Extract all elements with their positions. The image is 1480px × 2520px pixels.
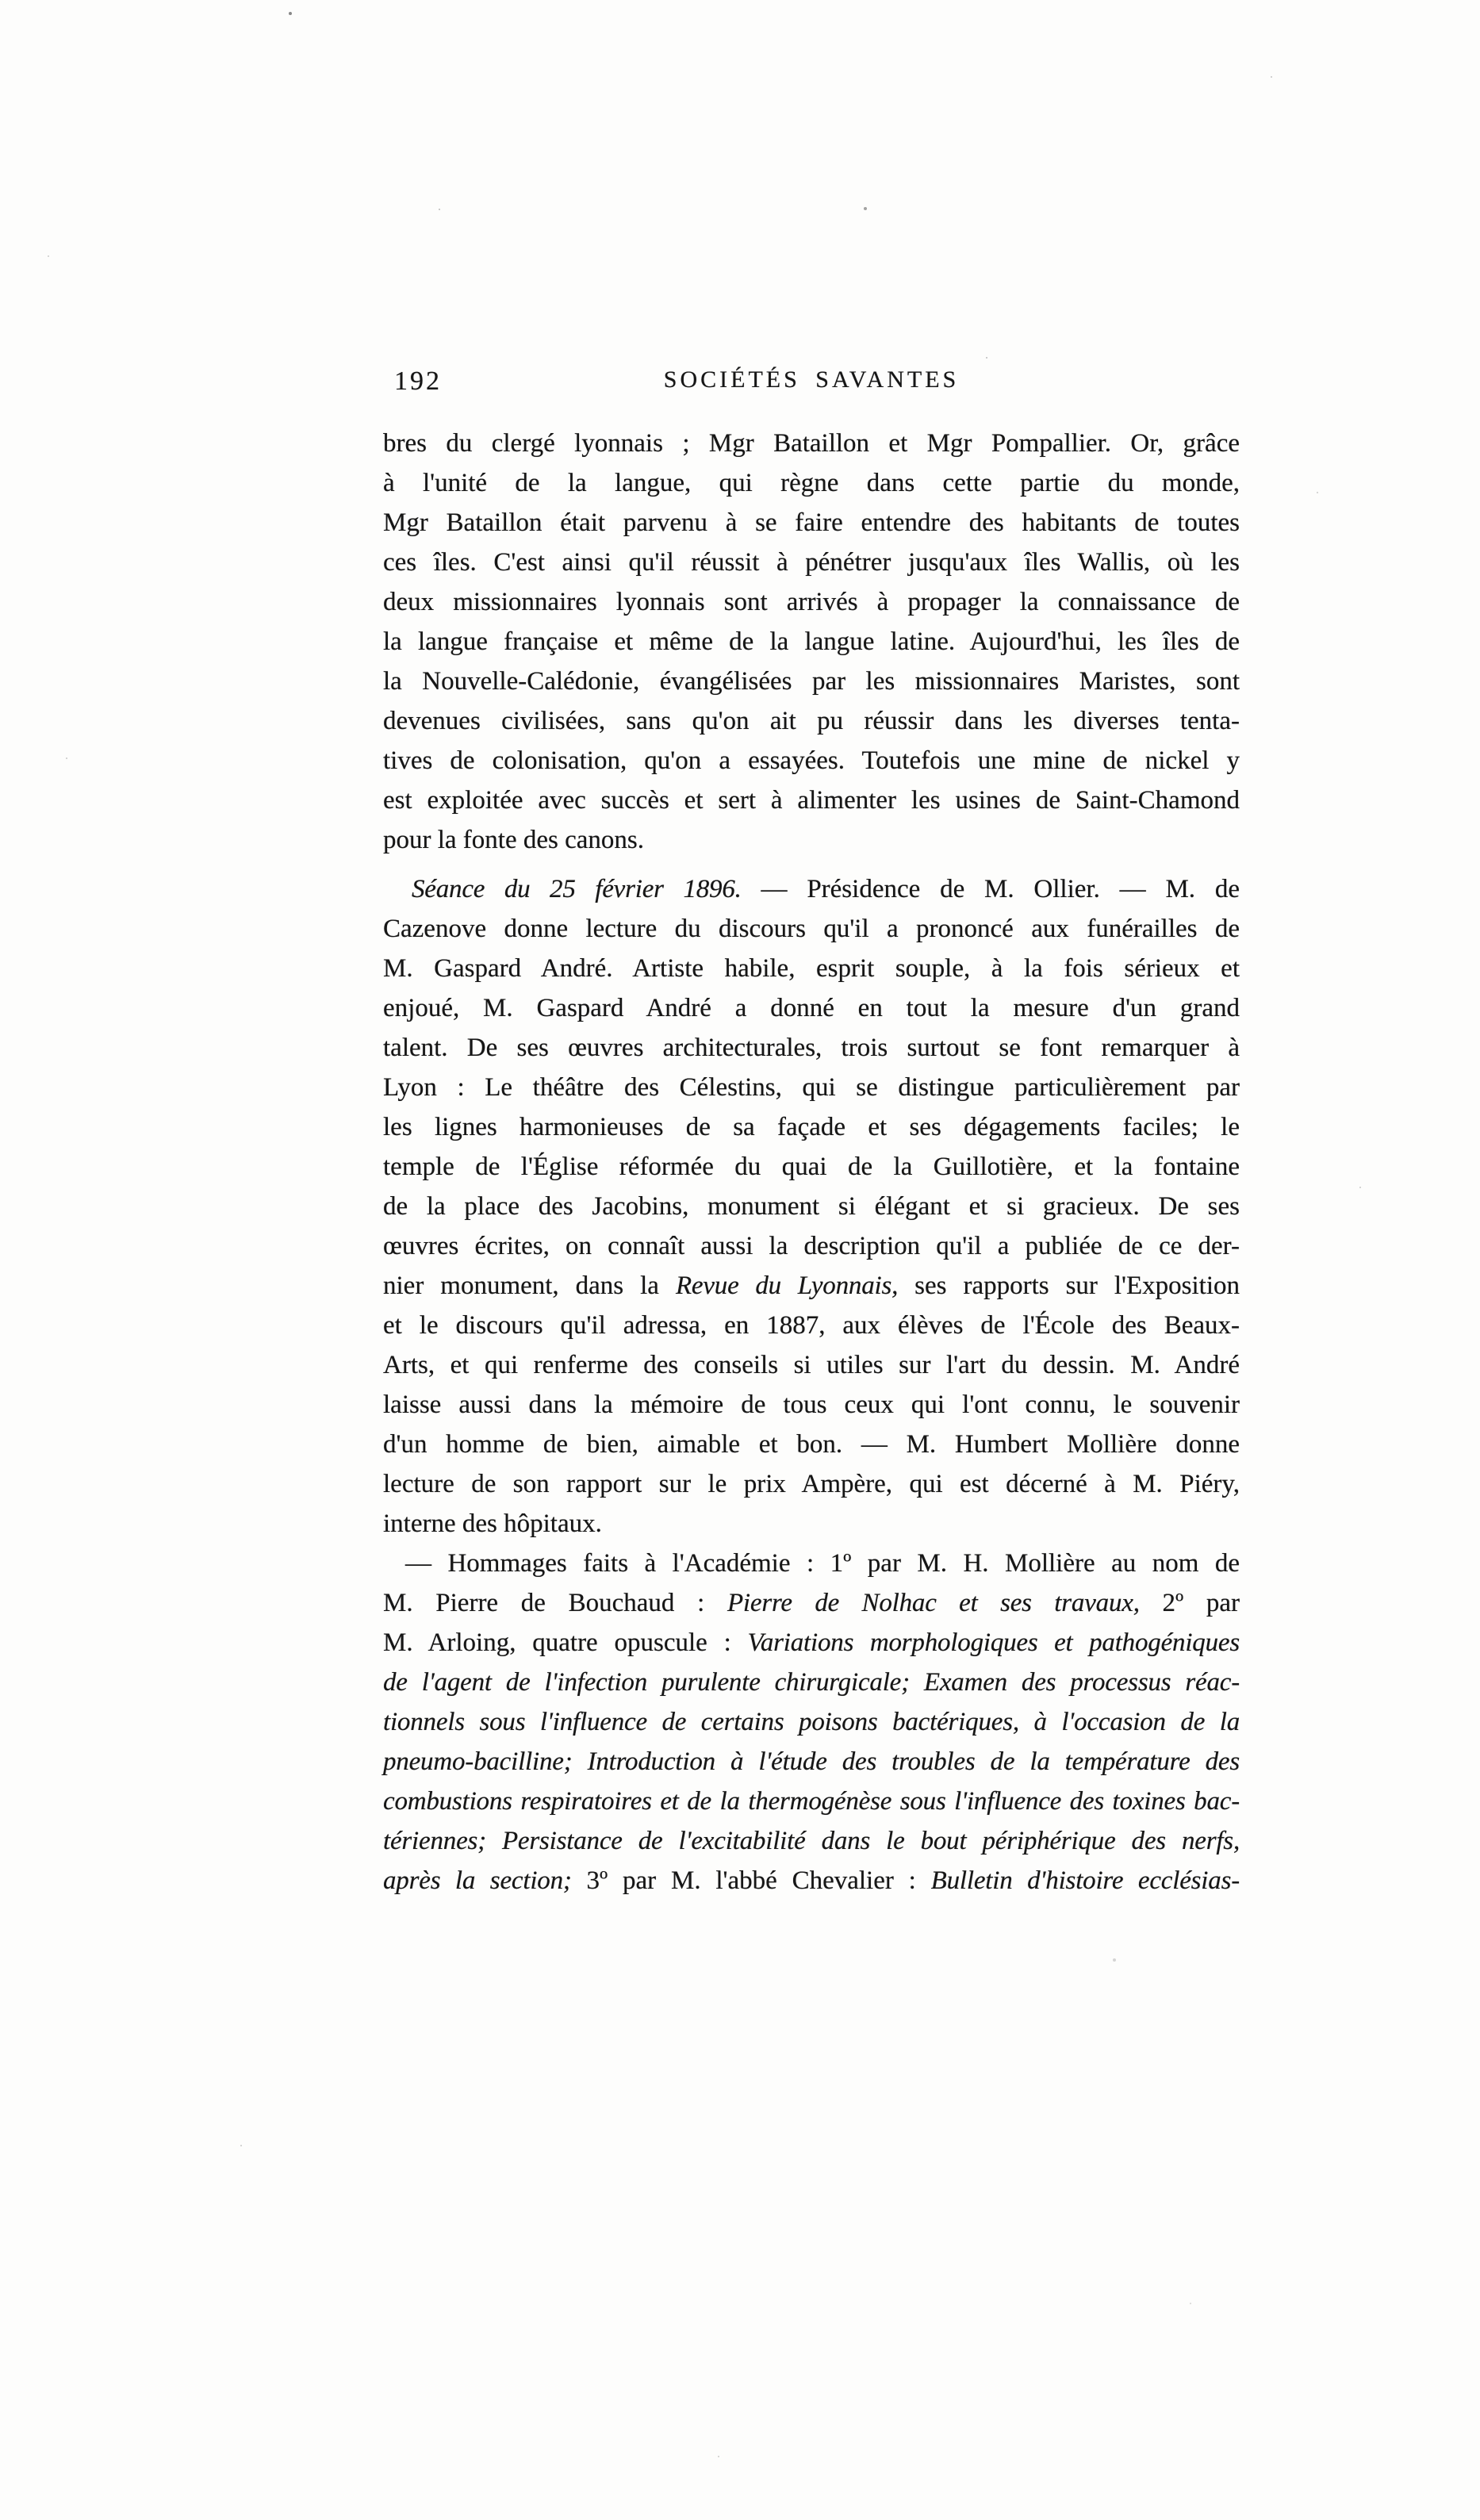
text-line: M. Arloing, quatre opuscule : Variations… — [383, 1623, 1240, 1663]
text-segment: 2º par — [1140, 1589, 1240, 1617]
text-segment: Séance du 25 février 1896. — [412, 875, 742, 903]
text-segment: d'un homme de bien, aimable et bon. — M.… — [383, 1430, 1240, 1459]
running-head-title: SOCIÉTÉS SAVANTES — [383, 366, 1240, 393]
text-line: M. Gaspard André. Artiste habile, esprit… — [383, 949, 1240, 988]
text-segment: temple de l'Église réformée du quai de l… — [383, 1153, 1240, 1181]
text-segment: de la place des Jacobins, monument si él… — [383, 1192, 1240, 1221]
text-segment: est exploitée avec succès et sert à alim… — [383, 786, 1240, 815]
text-line: à l'unité de la langue, qui règne dans c… — [383, 463, 1240, 503]
text-line: les lignes harmonieuses de sa façade et … — [383, 1107, 1240, 1147]
text-segment: Mgr Bataillon était parvenu à se faire e… — [383, 508, 1240, 537]
text-segment: à l'unité de la langue, qui règne dans c… — [383, 469, 1240, 497]
text-segment: ces îles. C'est ainsi qu'il réussit à pé… — [383, 548, 1240, 577]
text-line: M. Pierre de Bouchaud : Pierre de Nolhac… — [383, 1583, 1240, 1623]
text-segment: laisse aussi dans la mémoire de tous ceu… — [383, 1390, 1240, 1419]
text-line: après la section; 3º par M. l'abbé Cheva… — [383, 1861, 1240, 1901]
text-segment: M. Pierre de Bouchaud : — [383, 1589, 727, 1617]
text-segment: Lyon : Le théâtre des Célestins, qui se … — [383, 1073, 1240, 1102]
text-line: de l'agent de l'infection purulente chir… — [383, 1663, 1240, 1702]
text-line: pneumo-bacilline; Introduction à l'étude… — [383, 1742, 1240, 1782]
paragraph: — Hommages faits à l'Académie : 1º par M… — [383, 1544, 1240, 1901]
text-segment: enjoué, M. Gaspard André a donné en tout… — [383, 994, 1240, 1022]
text-line: enjoué, M. Gaspard André a donné en tout… — [383, 988, 1240, 1028]
text-line: ces îles. C'est ainsi qu'il réussit à pé… — [383, 543, 1240, 582]
text-segment: nier monument, dans la — [383, 1272, 676, 1300]
text-line: de la place des Jacobins, monument si él… — [383, 1187, 1240, 1226]
text-line: Séance du 25 février 1896. — Présidence … — [383, 869, 1240, 909]
text-segment: combustions respiratoires et de la therm… — [383, 1787, 1240, 1816]
text-segment: tives de colonisation, qu'on a essayées.… — [383, 746, 1240, 775]
text-segment: Pierre de Nolhac et ses travaux, — [727, 1589, 1140, 1617]
text-segment: devenues civilisées, sans qu'on ait pu r… — [383, 707, 1240, 735]
text-segment: pneumo-bacilline; Introduction à l'étude… — [383, 1747, 1240, 1776]
text-segment: M. Gaspard André. Artiste habile, esprit… — [383, 954, 1240, 983]
paragraph: Séance du 25 février 1896. — Présidence … — [383, 869, 1240, 1544]
text-line: temple de l'Église réformée du quai de l… — [383, 1147, 1240, 1187]
text-line: la langue française et même de la langue… — [383, 622, 1240, 662]
text-line: tériennes; Persistance de l'excitabilité… — [383, 1821, 1240, 1861]
text-line: laisse aussi dans la mémoire de tous ceu… — [383, 1385, 1240, 1425]
text-line: lecture de son rapport sur le prix Ampèr… — [383, 1464, 1240, 1504]
paragraph: bres du clergé lyonnais ; Mgr Bataillon … — [383, 424, 1240, 860]
scanned-book-page: 192 SOCIÉTÉS SAVANTES bres du clergé lyo… — [0, 0, 1480, 2520]
text-line: Cazenove donne lecture du discours qu'il… — [383, 909, 1240, 949]
text-segment: Variations morphologiques et pathogéniqu… — [748, 1628, 1240, 1657]
text-segment: deux missionnaires lyonnais sont arrivés… — [383, 588, 1240, 616]
text-line: Arts, et qui renferme des conseils si ut… — [383, 1345, 1240, 1385]
text-segment: bres du clergé lyonnais ; Mgr Bataillon … — [383, 429, 1240, 458]
text-segment: Revue du Lyonnais, — [676, 1272, 898, 1300]
text-segment: — Présidence de M. Ollier. — M. de — [742, 875, 1240, 903]
text-segment: les lignes harmonieuses de sa façade et … — [383, 1113, 1240, 1141]
text-line: deux missionnaires lyonnais sont arrivés… — [383, 582, 1240, 622]
text-block: bres du clergé lyonnais ; Mgr Bataillon … — [383, 424, 1240, 1901]
text-line: Mgr Bataillon était parvenu à se faire e… — [383, 503, 1240, 543]
text-segment: pour la fonte des canons. — [383, 826, 644, 854]
text-line: nier monument, dans la Revue du Lyonnais… — [383, 1266, 1240, 1306]
text-segment: 3º par M. l'abbé Chevalier : — [572, 1866, 931, 1895]
text-segment: Bulletin d'histoire ecclésias- — [931, 1866, 1240, 1895]
text-line: bres du clergé lyonnais ; Mgr Bataillon … — [383, 424, 1240, 463]
text-segment: la Nouvelle-Calédonie, évangélisées par … — [383, 667, 1240, 696]
text-segment: talent. De ses œuvres architecturales, t… — [383, 1034, 1240, 1062]
text-segment: lecture de son rapport sur le prix Ampèr… — [383, 1470, 1240, 1498]
text-segment: après la section; — [383, 1866, 572, 1895]
text-line: d'un homme de bien, aimable et bon. — M.… — [383, 1425, 1240, 1464]
text-segment: et le discours qu'il adressa, en 1887, a… — [383, 1311, 1240, 1340]
text-segment: Cazenove donne lecture du discours qu'il… — [383, 915, 1240, 943]
scan-noise-specks — [0, 0, 2, 2]
text-line: et le discours qu'il adressa, en 1887, a… — [383, 1306, 1240, 1345]
text-line: la Nouvelle-Calédonie, évangélisées par … — [383, 662, 1240, 701]
text-segment: la langue française et même de la langue… — [383, 627, 1240, 656]
text-line: Lyon : Le théâtre des Célestins, qui se … — [383, 1068, 1240, 1107]
running-head: 192 SOCIÉTÉS SAVANTES — [383, 363, 1240, 405]
text-line: œuvres écrites, on connaît aussi la desc… — [383, 1226, 1240, 1266]
text-line: devenues civilisées, sans qu'on ait pu r… — [383, 701, 1240, 741]
text-segment: œuvres écrites, on connaît aussi la desc… — [383, 1232, 1240, 1260]
text-line: interne des hôpitaux. — [383, 1504, 1240, 1544]
text-segment: Arts, et qui renferme des conseils si ut… — [383, 1351, 1240, 1379]
text-segment: de l'agent de l'infection purulente chir… — [383, 1668, 1240, 1697]
text-segment: — Hommages faits à l'Académie : 1º par M… — [405, 1549, 1240, 1578]
text-segment: M. Arloing, quatre opuscule : — [383, 1628, 748, 1657]
text-line: tionnels sous l'influence de certains po… — [383, 1702, 1240, 1742]
text-line: talent. De ses œuvres architecturales, t… — [383, 1028, 1240, 1068]
text-segment: ses rapports sur l'Exposition — [898, 1272, 1240, 1300]
text-segment: tériennes; Persistance de l'excitabilité… — [383, 1827, 1240, 1855]
text-segment: tionnels sous l'influence de certains po… — [383, 1708, 1240, 1736]
text-line: tives de colonisation, qu'on a essayées.… — [383, 741, 1240, 781]
text-line: pour la fonte des canons. — [383, 820, 1240, 860]
text-line: combustions respiratoires et de la therm… — [383, 1782, 1240, 1821]
text-segment: interne des hôpitaux. — [383, 1509, 602, 1538]
text-line: est exploitée avec succès et sert à alim… — [383, 781, 1240, 820]
text-line: — Hommages faits à l'Académie : 1º par M… — [383, 1544, 1240, 1583]
